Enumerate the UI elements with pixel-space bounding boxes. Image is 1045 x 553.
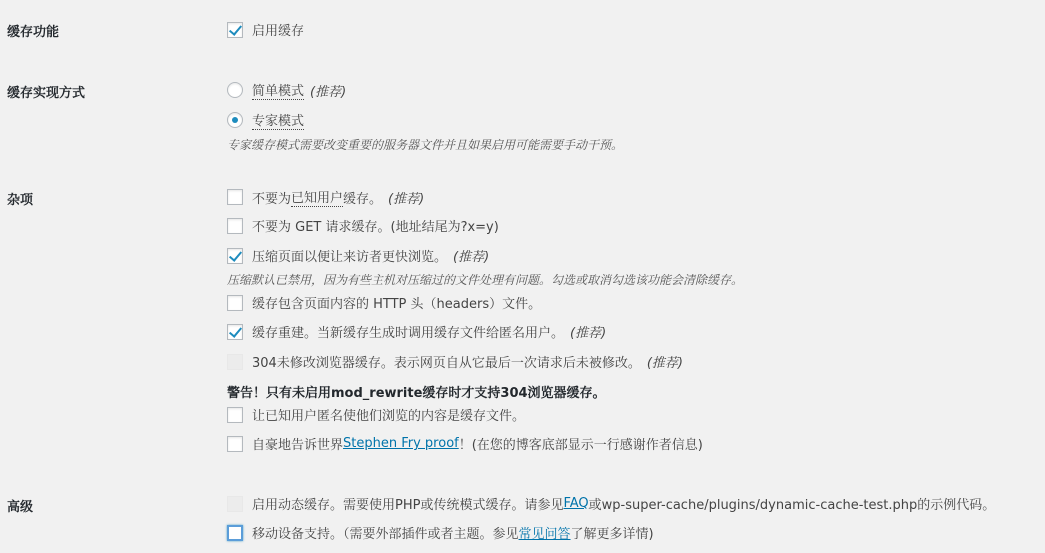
option-simple-mode[interactable]: 简单模式 (推荐) <box>227 80 346 100</box>
no-cache-known-users-checkbox[interactable] <box>227 189 243 205</box>
recommended-note: (推荐) <box>647 352 683 371</box>
cache-rebuild-checkbox[interactable] <box>227 324 243 340</box>
anon-known-users-label: 让已知用户匿名使他们浏览的内容是缓存文件。 <box>252 405 525 424</box>
cache-headers-checkbox[interactable] <box>227 295 243 311</box>
label-cache: 缓存功能 <box>7 21 59 40</box>
option-compress[interactable]: 压缩页面以便让来访者更快浏览。 (推荐) <box>227 246 489 265</box>
text: 或wp-super-cache/plugins/dynamic-cache-te… <box>589 494 996 513</box>
expert-mode-radio[interactable] <box>227 112 243 128</box>
recommended-note: (推荐) <box>453 246 489 265</box>
text: 缓存。 <box>343 188 382 207</box>
not-modified-304-label: 304未修改浏览器缓存。表示网页自从它最后一次请求后未被修改。 <box>252 352 641 371</box>
option-no-cache-known-users[interactable]: 不要为已知用户缓存。 (推荐) <box>227 187 424 207</box>
cache-rebuild-label: 缓存重建。当新缓存生成时调用缓存文件给匿名用户。 <box>252 322 564 341</box>
simple-mode-radio[interactable] <box>227 82 243 98</box>
dynamic-cache-checkbox[interactable] <box>227 496 243 512</box>
compress-checkbox[interactable] <box>227 248 243 264</box>
option-cache-headers[interactable]: 缓存包含页面内容的 HTTP 头（headers）文件。 <box>227 293 541 312</box>
settings-page: 缓存功能 启用缓存 缓存实现方式 简单模式 (推荐) 专家模式 专家缓存模式需要… <box>0 0 1045 553</box>
label-advanced: 高级 <box>7 496 33 515</box>
text: 不要为 <box>252 188 291 207</box>
not-modified-304-checkbox[interactable] <box>227 354 243 370</box>
option-no-cache-get[interactable]: 不要为 GET 请求缓存。(地址结尾为?x=y) <box>227 216 499 235</box>
faq-link[interactable]: FAQ <box>563 496 588 511</box>
recommended-note: (推荐) <box>570 322 606 341</box>
option-anon-known-users[interactable]: 让已知用户匿名使他们浏览的内容是缓存文件。 <box>227 405 525 424</box>
text: ！(在您的博客底部显示一行感谢作者信息) <box>459 434 703 453</box>
option-stephen-fry[interactable]: 自豪地告诉世界Stephen Fry proof！(在您的博客底部显示一行感谢作… <box>227 434 703 453</box>
enable-cache-checkbox[interactable] <box>227 22 243 38</box>
enable-cache-label: 启用缓存 <box>252 20 304 39</box>
option-enable-cache[interactable]: 启用缓存 <box>227 20 304 39</box>
mobile-checkbox[interactable] <box>227 525 243 541</box>
warning-304: 警告！只有未启用mod_rewrite缓存时才支持304浏览器缓存。 <box>227 382 606 401</box>
faq-link-cn[interactable]: 常见问答 <box>519 523 571 542</box>
option-dynamic-cache[interactable]: 启用动态缓存。需要使用PHP或传统模式缓存。请参见 FAQ或wp-super-c… <box>227 494 995 513</box>
text: 自豪地告诉世界 <box>252 434 343 453</box>
compress-label: 压缩页面以便让来访者更快浏览。 <box>252 246 447 265</box>
known-users-term: 已知用户 <box>291 187 343 207</box>
compress-description: 压缩默认已禁用，因为有些主机对压缩过的文件处理有问题。勾选或取消勾选该功能会清除… <box>227 271 743 288</box>
cache-headers-label: 缓存包含页面内容的 HTTP 头（headers）文件。 <box>252 293 541 312</box>
option-304-not-modified[interactable]: 304未修改浏览器缓存。表示网页自从它最后一次请求后未被修改。 (推荐) <box>227 352 683 371</box>
option-expert-mode[interactable]: 专家模式 <box>227 110 304 130</box>
option-mobile[interactable]: 移动设备支持。（需要外部插件或者主题。参见常见问答了解更多详情) <box>227 523 654 542</box>
option-cache-rebuild[interactable]: 缓存重建。当新缓存生成时调用缓存文件给匿名用户。 (推荐) <box>227 322 606 341</box>
label-misc: 杂项 <box>7 189 33 208</box>
label-mode: 缓存实现方式 <box>7 82 85 101</box>
expert-mode-description: 专家缓存模式需要改变重要的服务器文件并且如果启用可能需要手动干预。 <box>227 136 623 153</box>
simple-mode-label: 简单模式 <box>252 80 304 100</box>
no-cache-get-checkbox[interactable] <box>227 218 243 234</box>
stephen-fry-link[interactable]: Stephen Fry proof <box>343 436 459 451</box>
no-cache-get-label: 不要为 GET 请求缓存。(地址结尾为?x=y) <box>252 216 499 235</box>
text: 了解更多详情) <box>571 523 654 542</box>
text: 移动设备支持。（需要外部插件或者主题。参见 <box>252 523 519 542</box>
stephen-fry-checkbox[interactable] <box>227 436 243 452</box>
recommended-note: (推荐) <box>310 81 346 100</box>
text: 启用动态缓存。需要使用PHP或传统模式缓存。请参见 <box>252 494 563 513</box>
recommended-note: (推荐) <box>388 188 424 207</box>
anon-known-users-checkbox[interactable] <box>227 407 243 423</box>
expert-mode-label: 专家模式 <box>252 110 304 130</box>
